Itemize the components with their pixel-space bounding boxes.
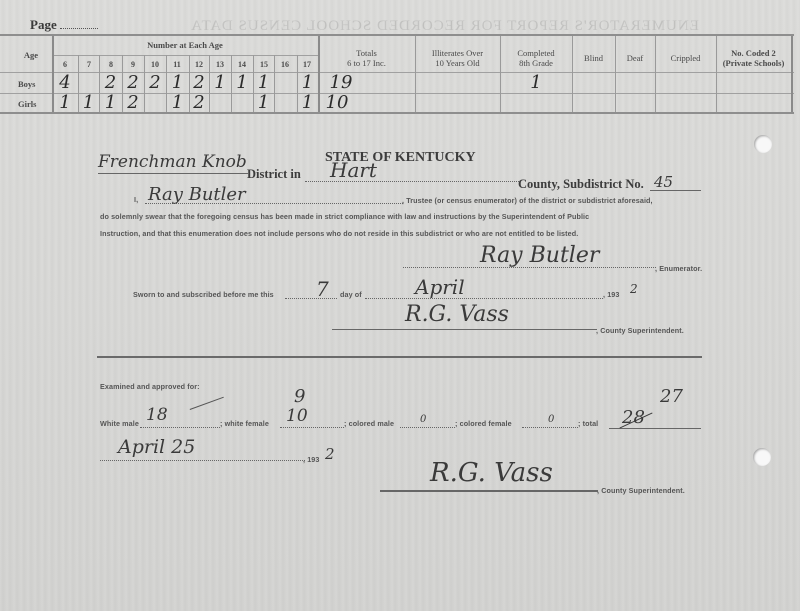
col-divider <box>655 36 656 112</box>
county-subdistrict-label: County, Subdistrict No. <box>518 177 644 192</box>
sworn-year-suffix: 2 <box>630 282 638 296</box>
colored-female-value: 0 <box>548 414 554 425</box>
white-male-label: White male <box>100 419 139 428</box>
punch-hole-bottom <box>753 448 771 466</box>
deaf-header: Deaf <box>615 53 655 63</box>
enumerator-label: , Enumerator. <box>655 264 702 273</box>
white-female-value: 10 <box>286 406 308 426</box>
enumerator-signature: Ray Butler <box>480 243 599 268</box>
illiterates-header-line1: Illiterates Over <box>415 48 500 58</box>
colored-male-value: 0 <box>420 414 426 425</box>
boys-age-9: 2 <box>122 74 144 92</box>
superintendent-label-oath: , County Superintendent. <box>596 326 684 335</box>
girls-age-17: 1 <box>297 94 318 112</box>
superintendent-signature-approval: R.G. Vass <box>430 458 553 488</box>
colored-female-label: ; colored female <box>455 419 512 428</box>
census-count-table: Age Number at Each Age 6 7 8 9 10 11 12 … <box>0 34 794 114</box>
white-male-line <box>140 427 220 428</box>
day-of-label: day of <box>340 290 362 299</box>
coded-header-line2: (Private Schools) <box>716 58 791 68</box>
totals-header-line2: 6 to 17 Inc. <box>318 58 415 68</box>
coded-header-line1: No. Coded 2 <box>716 48 791 58</box>
punch-hole-top <box>754 135 772 153</box>
total-label: ; total <box>578 419 598 428</box>
county-handwritten: Hart <box>330 158 377 182</box>
approval-superintendent-line <box>380 490 598 492</box>
boys-age-17: 1 <box>297 74 318 92</box>
superintendent-signature-oath: R.G. Vass <box>405 302 509 327</box>
district-name-handwritten: Frenchman Knob <box>98 152 247 172</box>
total-correction: 27 <box>660 386 683 407</box>
completed-header-line2: 8th Grade <box>500 58 572 68</box>
age-subheader-line <box>52 55 318 56</box>
boys-age-6: 4 <box>52 74 78 92</box>
completed-header-line1: Completed <box>500 48 572 58</box>
sworn-month-line <box>365 298 603 299</box>
blind-header: Blind <box>572 53 615 63</box>
approval-heading: Examined and approved for: <box>100 382 200 391</box>
crippled-header: Crippled <box>655 53 716 63</box>
boys-age-12: 2 <box>189 74 209 92</box>
subdistrict-number-handwritten: 45 <box>654 173 673 191</box>
completed-8th-header: Completed 8th Grade <box>500 48 572 68</box>
sworn-year-prefix: , 193 <box>603 290 620 299</box>
district-in-label: District in <box>247 167 301 182</box>
boys-age-15: 1 <box>253 74 274 92</box>
boys-row-label: Boys <box>18 79 35 89</box>
colored-female-line <box>522 427 578 428</box>
sworn-month-handwritten: April <box>415 275 465 299</box>
bleed-through-text: ENUMERATOR'S REPORT FOR RECORDED SCHOOL … <box>190 18 699 35</box>
district-name-line <box>98 173 248 174</box>
oath-text-line2: Instruction, and that this enumeration d… <box>100 229 578 238</box>
girls-row-label: Girls <box>18 99 36 109</box>
girls-age-15: 1 <box>253 94 274 112</box>
boys-total: 19 <box>326 74 356 92</box>
girls-age-8: 1 <box>99 94 122 112</box>
approval-date-handwritten: April 25 <box>118 436 195 458</box>
white-female-correction: 9 <box>294 386 305 407</box>
number-at-each-age-header: Number at Each Age <box>52 40 318 50</box>
sworn-day-handwritten: 7 <box>316 277 329 301</box>
header-bottom-line <box>0 72 794 73</box>
superintendent-signature-line <box>332 329 597 330</box>
girls-age-6: 1 <box>52 94 78 112</box>
boys-age-11: 1 <box>166 74 189 92</box>
table-right-edge <box>791 36 793 112</box>
trustee-name-handwritten: Ray Butler <box>148 184 246 205</box>
girls-age-12: 2 <box>189 94 209 112</box>
page-number-line <box>60 28 98 29</box>
col-divider <box>615 36 616 112</box>
boys-age-8: 2 <box>99 74 122 92</box>
trustee-text: , Trustee (or census enumerator) of the … <box>402 196 653 205</box>
girls-age-9: 2 <box>122 94 144 112</box>
age-6-header: 6 <box>52 60 78 69</box>
colored-male-line <box>400 427 455 428</box>
white-female-label: ; white female <box>220 419 269 428</box>
totals-header-line1: Totals <box>318 48 415 58</box>
col-divider <box>572 36 573 112</box>
illiterates-header-line2: 10 Years Old <box>415 58 500 68</box>
boys-age-10: 2 <box>144 74 166 92</box>
total-line <box>609 428 701 429</box>
approval-year-suffix: 2 <box>325 445 335 463</box>
girls-total: 10 <box>322 94 352 112</box>
colored-male-label: ; colored male <box>344 419 394 428</box>
boys-age-14: 1 <box>231 74 253 92</box>
approval-year-prefix: , 193 <box>303 455 320 464</box>
sworn-day-line <box>285 298 337 299</box>
census-form-page: ENUMERATOR'S REPORT FOR RECORDED SCHOOL … <box>0 0 800 611</box>
white-female-line <box>280 427 344 428</box>
totals-header: Totals 6 to 17 Inc. <box>318 48 415 68</box>
age-17-header: 17 <box>294 60 320 69</box>
i-label: I, <box>134 195 138 204</box>
sworn-label: Sworn to and subscribed before me this <box>133 290 274 299</box>
page-label: Page <box>30 17 57 33</box>
girls-age-11: 1 <box>166 94 189 112</box>
section-divider <box>97 356 702 358</box>
coded-2-header: No. Coded 2 (Private Schools) <box>716 48 791 68</box>
approval-date-line <box>100 460 305 461</box>
boys-age-13: 1 <box>209 74 231 92</box>
white-male-value: 18 <box>146 405 168 425</box>
boys-completed-8th: 1 <box>500 74 572 92</box>
illiterates-header: Illiterates Over 10 Years Old <box>415 48 500 68</box>
oath-text-line1: do solemnly swear that the foregoing cen… <box>100 212 589 221</box>
superintendent-label-approval: , County Superintendent. <box>597 486 685 495</box>
age-header: Age <box>16 50 46 60</box>
girls-age-7: 1 <box>78 94 99 112</box>
